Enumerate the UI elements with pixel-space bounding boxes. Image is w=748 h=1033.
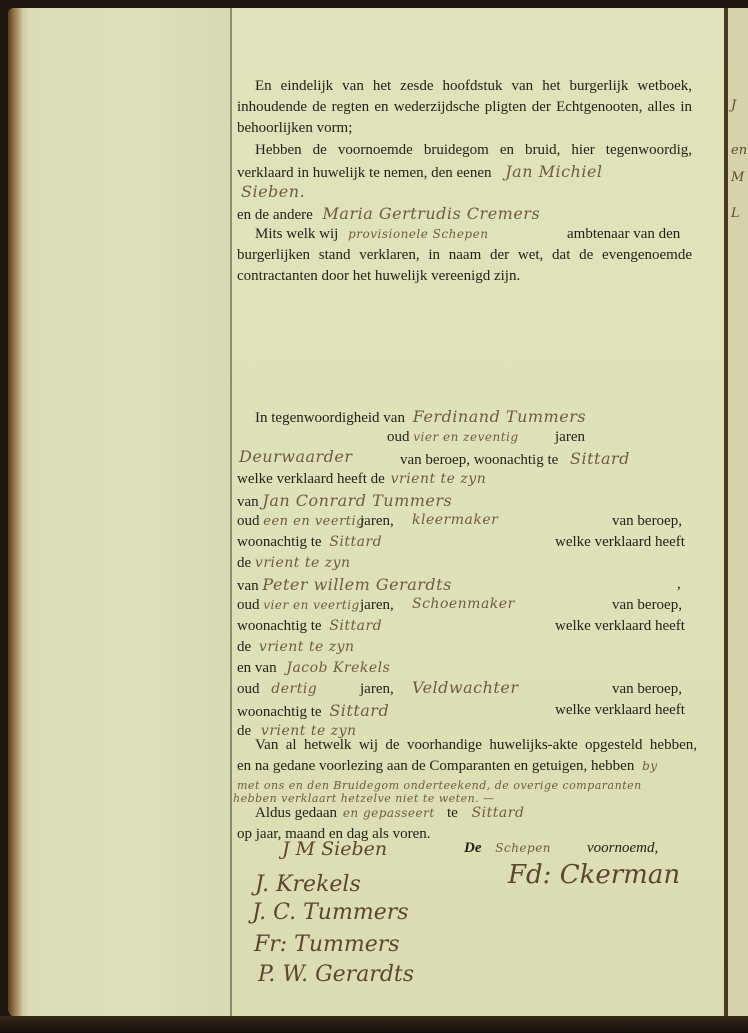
printed-line: Mits welk wij provisionele Schepen bbox=[255, 224, 488, 245]
printed-line: Van al hetwelk wij de voorhandige huweli… bbox=[255, 735, 697, 756]
printed-line: jaren, bbox=[360, 595, 394, 616]
printed-line: van beroep, bbox=[612, 511, 682, 532]
printed-line: Aldus gedaan en gepasseert bbox=[255, 803, 435, 824]
printed-line: oud dertig bbox=[237, 679, 317, 700]
printed-line: In tegenwoordigheid van Ferdinand Tummer… bbox=[255, 406, 586, 429]
printed-line: inhoudende de regten en wederzijdsche pl… bbox=[237, 97, 692, 118]
left-page-blank bbox=[8, 8, 233, 1018]
printed-line: welke verklaard heeft bbox=[555, 532, 685, 553]
printed-line: Hebben de voornoemde bruidegom en bruid,… bbox=[255, 140, 692, 161]
witness1-occupation: Deurwaarder bbox=[239, 446, 353, 467]
printed-line: te Sittard bbox=[447, 803, 524, 824]
witness2-related-to: Peter willem Gerardts bbox=[262, 575, 451, 594]
printed-line: jaren, bbox=[360, 679, 394, 700]
witness3-age: vier en veertig bbox=[263, 598, 359, 612]
printed-line: van beroep, woonachtig te Sittard bbox=[400, 448, 630, 471]
next-page-edge: J en M L bbox=[728, 8, 748, 1018]
printed-line: en na gedane voorlezing aan de Comparant… bbox=[237, 756, 658, 777]
printed-line: behoorlijken vorm; bbox=[237, 118, 352, 139]
margin-mark: L bbox=[731, 206, 740, 221]
groom-surname: Sieben. bbox=[241, 181, 305, 202]
witness2-age: een en veertig bbox=[263, 514, 365, 529]
signature-official: Fd: Ckerman bbox=[508, 860, 680, 890]
page-edge-rule bbox=[724, 8, 728, 1018]
printed-line: en van Jacob Krekels bbox=[237, 658, 390, 679]
margin-mark: J bbox=[731, 98, 736, 113]
printed-line: ambtenaar van den bbox=[567, 224, 680, 245]
groom-name: Jan Michiel bbox=[505, 162, 602, 181]
printed-line: welke verklaard heeft bbox=[555, 700, 685, 721]
signed-note: by bbox=[642, 759, 657, 773]
printed-line: voornoemd, bbox=[587, 838, 658, 859]
witness4-name: Jacob Krekels bbox=[286, 660, 390, 676]
printed-line: en de andere Maria Gertrudis Cremers bbox=[237, 203, 540, 226]
executed-note: en gepasseert bbox=[343, 806, 435, 820]
printed-line: welke verklaard heeft bbox=[555, 616, 685, 637]
witness1-residence: Sittard bbox=[570, 449, 630, 468]
witness2-occupation: kleermaker bbox=[412, 510, 498, 531]
printed-line: oud vier en zeventig bbox=[387, 427, 519, 448]
printed-line: oud een en veertig bbox=[237, 511, 365, 532]
printed-line: de vrient te zyn bbox=[237, 553, 351, 574]
printed-line: welke verklaard heeft de vrient te zyn bbox=[237, 469, 486, 490]
witness1-related-to: Jan Conrard Tummers bbox=[262, 491, 452, 510]
witness4-occupation: Veldwachter bbox=[412, 677, 518, 698]
printed-line: jaren bbox=[555, 427, 585, 448]
official-title-handwritten: Schepen bbox=[495, 841, 551, 855]
signature-witness: Fr: Tummers bbox=[254, 932, 400, 957]
witness1-relation: vrient te zyn bbox=[391, 471, 487, 487]
witness4-residence: Sittard bbox=[329, 701, 389, 720]
signature-witness: P. W. Gerardts bbox=[258, 962, 414, 987]
printed-line: , bbox=[677, 574, 681, 595]
printed-line: woonachtig te Sittard bbox=[237, 532, 382, 553]
witness1-name: Ferdinand Tummers bbox=[413, 407, 586, 426]
signature-groom: J M Sieben bbox=[282, 838, 387, 860]
witness1-age: vier en zeventig bbox=[413, 430, 518, 444]
witness2-residence: Sittard bbox=[329, 534, 382, 550]
bride-name: Maria Gertrudis Cremers bbox=[323, 204, 541, 223]
witness3-occupation: Schoenmaker bbox=[412, 594, 515, 615]
printed-line: oud vier en veertig bbox=[237, 595, 360, 616]
book-binding bbox=[8, 8, 22, 1018]
margin-rule bbox=[230, 8, 232, 1018]
witness4-age: dertig bbox=[271, 681, 317, 697]
printed-line: woonachtig te Sittard bbox=[237, 700, 389, 723]
book-bottom-edge bbox=[0, 1016, 748, 1033]
printed-line: jaren, bbox=[360, 511, 394, 532]
place: Sittard bbox=[472, 805, 525, 821]
witness3-residence: Sittard bbox=[329, 618, 382, 634]
official-title: provisionele Schepen bbox=[348, 227, 488, 241]
printed-line: burgerlijken stand verklaren, in naam de… bbox=[237, 245, 692, 266]
witness2-relation: vrient te zyn bbox=[255, 555, 351, 571]
printed-line: de vrient te zyn bbox=[237, 637, 355, 658]
witness3-relation: vrient te zyn bbox=[259, 639, 355, 655]
margin-mark: M bbox=[731, 170, 744, 185]
printed-line: woonachtig te Sittard bbox=[237, 616, 382, 637]
printed-line: van beroep, bbox=[612, 595, 682, 616]
official-signature-line: De Schepen bbox=[464, 838, 551, 859]
signature-witness: J. C. Tummers bbox=[252, 900, 409, 925]
printed-line: contractanten door het huwelijk vereenig… bbox=[237, 266, 520, 287]
signature-witness: J. Krekels bbox=[255, 872, 361, 897]
printed-line: van beroep, bbox=[612, 679, 682, 700]
margin-mark: en bbox=[731, 143, 747, 158]
printed-line: En eindelijk van het zesde hoofdstuk van… bbox=[255, 76, 692, 97]
